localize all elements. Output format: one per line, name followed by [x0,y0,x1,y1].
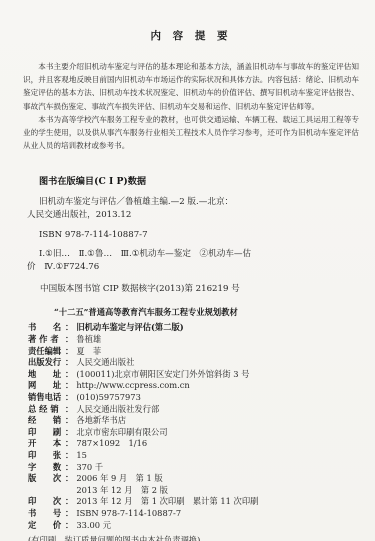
colophon-row: 开 本：787×1092 1/16 [28,438,359,450]
colophon-colon: ： [65,496,73,508]
colophon-row: 字 数：370 千 [28,462,359,474]
colophon-value: 各地新华书店 [76,415,126,427]
colophon-row: 2013 年 12 月 第 2 版 [28,485,359,497]
colophon-label: 地 址 [28,369,65,381]
colophon-colon: ： [65,346,73,358]
colophon-label: 书 号 [28,508,65,520]
colophon-colon [65,485,73,497]
summary-heading: 内 容 提 要 [23,28,359,43]
colophon-colon: ： [65,415,73,427]
colophon-colon: ： [65,473,73,485]
colophon-colon: ： [65,380,73,392]
colophon-row: 出版发行：人民交通出版社 [28,357,359,369]
colophon-row: 书 名：旧机动车鉴定与评估(第二版) [28,322,359,334]
colophon-value: 787×1092 1/16 [76,438,147,450]
colophon-row: 网 址：http://www.ccpress.com.cn [28,380,359,392]
colophon-row: 著 作 者：鲁植雄 [28,334,359,346]
colophon-label: 经 销 [28,415,65,427]
colophon-label: 印 刷 [28,427,65,439]
colophon-row: 版 次：2006 年 9 月 第 1 版 [28,473,359,485]
colophon-value: 2006 年 9 月 第 1 版 [76,473,162,485]
colophon-label: 出版发行 [28,357,65,369]
colophon-label: 版 次 [28,473,65,485]
colophon-row: 印 刷：北京市密东印刷有限公司 [28,427,359,439]
colophon-label: 定 价 [28,520,65,532]
colophon-row: 印 次：2013 年 12 月 第 1 次印刷 累计第 11 次印刷 [28,496,359,508]
colophon-label: 总 经 销 [28,404,65,416]
colophon-colon: ： [65,357,73,369]
colophon-value: http://www.ccpress.com.cn [76,380,189,392]
colophon-colon: ： [65,438,73,450]
cip-catalog-number: 中国版本图书馆 CIP 数据核字(2013)第 216219 号 [27,282,359,294]
colophon-colon: ： [65,520,73,532]
colophon-value: 370 千 [76,462,103,474]
colophon-colon: ： [65,369,73,381]
colophon-colon: ： [65,450,73,462]
colophon-row: 定 价：33.00 元 [28,520,359,532]
colophon-value: 北京市密东印刷有限公司 [76,427,167,439]
colophon-value: 2013 年 12 月 第 1 次印刷 累计第 11 次印刷 [76,496,258,508]
colophon-value: (010)59757973 [76,392,141,404]
colophon-value: 鲁植雄 [76,334,101,346]
cip-record: 旧机动车鉴定与评估／鲁植雄主编.—2 版.—北京：人民交通出版社，2013.12 [27,196,239,221]
colophon-label: 责任编辑 [28,346,65,358]
colophon-label: 开 本 [28,438,65,450]
colophon-row: 地 址：(100011)北京市朝阳区安定门外外馆斜街 3 号 [28,369,359,381]
colophon-value: (100011)北京市朝阳区安定门外外馆斜街 3 号 [76,369,249,381]
colophon-colon: ： [65,427,73,439]
summary-paragraph-2: 本书为高等学校汽车服务工程专业的教材，也可供交通运输、车辆工程、载运工具运用工程… [23,113,359,153]
colophon-value: 夏 菲 [76,346,101,358]
cip-block: 图书在版编目(C I P)数据 旧机动车鉴定与评估／鲁植雄主编.—2 版.—北京… [27,173,359,294]
colophon-colon: ： [65,392,73,404]
colophon-value: 人民交通出版社 [76,357,134,369]
colophon-row: 总 经 销：人民交通出版社发行部 [28,404,359,416]
colophon-row: 印 张：15 [28,450,359,462]
colophon-value: 15 [76,450,87,462]
colophon-label: 著 作 者 [28,334,65,346]
colophon-colon: ： [65,462,73,474]
colophon-row: 销售电话：(010)59757973 [28,392,359,404]
colophon-label: 网 址 [28,380,65,392]
colophon-block: 书 名：旧机动车鉴定与评估(第二版)著 作 者：鲁植雄责任编辑：夏 菲出版发行：… [28,322,359,531]
book-copyright-page: 内 容 提 要 本书主要介绍旧机动车鉴定与评估的基本理论和基本方法，涵盖旧机动车… [0,0,375,541]
colophon-colon: ： [65,322,73,334]
colophon-value: 旧机动车鉴定与评估(第二版) [76,322,183,334]
footer-note: (有印刷、装订质量问题的图书由本社负责调换) [28,534,359,541]
colophon-row: 书 号：ISBN 978-7-114-10887-7 [28,508,359,520]
colophon-label: 印 张 [28,450,65,462]
colophon-label: 印 次 [28,496,65,508]
colophon-value: 2013 年 12 月 第 2 版 [76,485,168,497]
series-title: “十二五”普通高等教育汽车服务工程专业规划教材 [54,306,359,318]
cip-classification: Ⅰ.①旧… Ⅱ.①鲁… Ⅲ.①机动车—鉴定 ②机动车—估价 Ⅳ.①F724.76 [27,248,255,273]
colophon-value: 33.00 元 [76,520,111,532]
colophon-row: 责任编辑：夏 菲 [28,346,359,358]
colophon-colon: ： [65,404,73,416]
colophon-colon: ： [65,334,73,346]
cip-heading: 图书在版编目(C I P)数据 [39,173,359,187]
colophon-label: 销售电话 [28,392,65,404]
colophon-label: 字 数 [28,462,65,474]
colophon-label: 书 名 [28,322,65,334]
colophon-label [28,485,65,497]
colophon-row: 经 销：各地新华书店 [28,415,359,427]
cip-isbn: ISBN 978-7-114-10887-7 [27,230,359,240]
colophon-colon: ： [65,508,73,520]
colophon-value: ISBN 978-7-114-10887-7 [76,508,181,520]
colophon-value: 人民交通出版社发行部 [76,404,159,416]
summary-paragraph-1: 本书主要介绍旧机动车鉴定与评估的基本理论和基本方法，涵盖旧机动车与事故车的鉴定评… [23,60,359,113]
